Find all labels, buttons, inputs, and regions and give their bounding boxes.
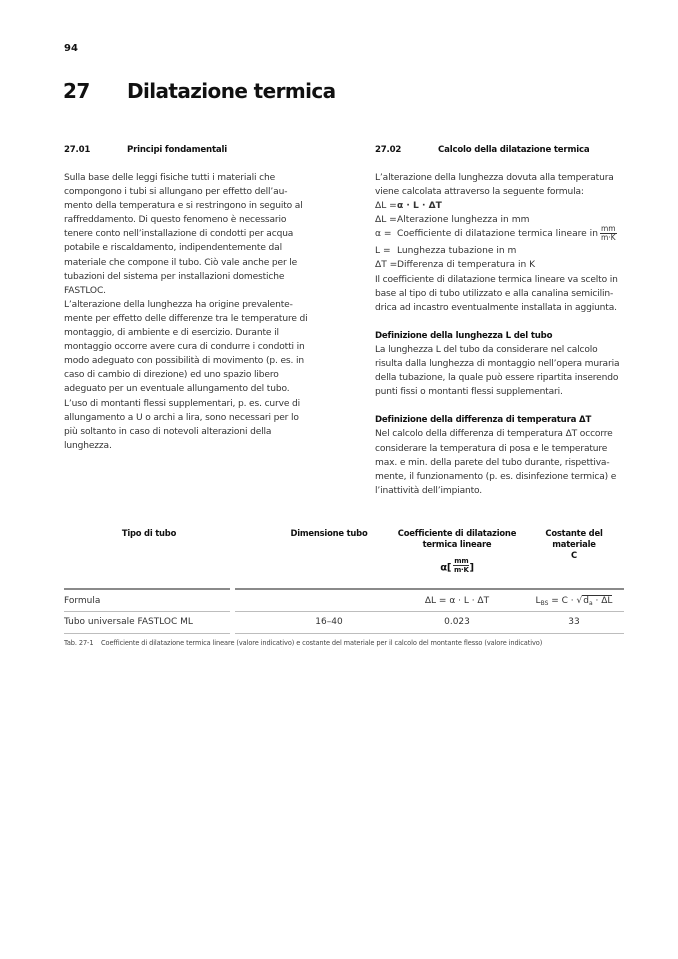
row-rule [235,611,624,612]
formula-row-costante: LBS = C · √da · ΔL [524,596,624,607]
body-line: max. e min. della parete del tubo durant… [375,456,625,470]
table-caption: Tab. 27-1Coefficiente di dilatazione ter… [64,639,542,647]
unit-numerator: mm [453,557,469,566]
header-dimensione-tubo: Dimensione tubo [274,528,384,539]
caption-text: Coefficiente di dilatazione termica line… [101,639,542,647]
cell-coefficiente: 0.023 [382,617,532,627]
body-line: considerare la temperatura di posa e le … [375,442,625,456]
page-number: 94 [64,43,78,54]
definition-row: ΔT =Differenza di temperatura in K [375,258,625,272]
body-line: mente, il funzionamento (p. es. disinfez… [375,470,625,484]
body-line: allungamento a U o archi a lira, sono ne… [64,411,314,425]
definition-row: ΔL =Alterazione lunghezza in mm [375,213,625,227]
subsection-title: Definizione della lunghezza L del tubo [375,329,625,343]
body-line: lunghezza. [64,439,314,453]
body-line: tubazioni del sistema per installazioni … [64,270,314,284]
after-text: Il coefficiente di dilatazione termica l… [375,273,625,315]
body-line: L’alterazione della lunghezza ha origine… [64,298,314,312]
body-line: L’alterazione della lunghezza dovuta all… [375,171,625,185]
header-costante-line2: materiale [524,539,624,550]
body-line: più soltanto in caso di notevoli alteraz… [64,425,314,439]
body-line: caso di cambio di direzione) ed uno spaz… [64,368,314,382]
table-rule-right [235,588,624,590]
body-line: raffreddamento. Di questo fenomeno è nec… [64,213,314,227]
body-line: viene calcolata attraverso la seguente f… [375,185,625,199]
body-line: mente per effetto delle differenze tra l… [64,312,314,326]
body-line: materiale che compone il tubo. Ciò vale … [64,256,314,270]
body-line: mento della temperatura e si restringono… [64,199,314,213]
header-tipo-di-tubo: Tipo di tubo [64,528,234,539]
header-coefficiente-line2: termica lineare [382,539,532,550]
formula-definitions: ΔL =Alterazione lunghezza in mmα =Coeffi… [375,213,625,272]
header-coefficiente-unit: α[mmm·K] [382,559,532,576]
section-principi-fondamentali: 27.01 Principi fondamentali Sulla base d… [64,143,314,453]
header-costante-line1: Costante del [524,528,624,539]
body-line: punti fissi o montanti flessi supplement… [375,385,625,399]
subsections: Definizione della lunghezza L del tuboLa… [375,315,625,498]
section-body: Sulla base delle leggi fisiche tutti i m… [64,171,314,453]
header-coefficiente-line1: Coefficiente di dilatazione [382,528,532,539]
body-line: tenere conto nell’installazione di condo… [64,227,314,241]
row-rule [235,633,624,634]
table-rule-left [64,588,230,590]
header-costante-line3: C [524,550,624,561]
alpha-symbol: α [440,563,447,574]
formula-row-label: Formula [64,596,100,606]
body-line: modo adeguato con possibilità di movimen… [64,354,314,368]
body-line: Sulla base delle leggi fisiche tutti i m… [64,171,314,185]
cell-dimensione: 16–40 [274,617,384,627]
row-rule [64,633,230,634]
body-line: della tubazione, la quale può essere rip… [375,371,625,385]
body-line: adeguato per un eventuale allungamento d… [64,382,314,396]
section-heading: 27.02 Calcolo della dilatazione termica [375,143,625,157]
definition-row: α =Coefficiente di dilatazione termica l… [375,227,625,244]
body-line: L’uso di montanti flessi supplementari, … [64,397,314,411]
unit-denominator: m·K [454,566,469,574]
section-number: 27.02 [375,143,438,157]
section-title: Principi fondamentali [127,143,227,157]
body-line: La lunghezza L del tubo da considerare n… [375,343,625,357]
formula-row-coefficiente: ΔL = α · L · ΔT [382,596,532,606]
body-line: montaggio, di ambiente e di esercizio. D… [64,326,314,340]
cell-tipo: Tubo universale FASTLOC ML [64,617,193,627]
chapter-title: Dilatazione termica [127,79,336,103]
formula-lhs: ΔL = [375,199,397,213]
body-line: base al tipo di tubo utilizzato e alla c… [375,287,625,301]
intro-text: L’alterazione della lunghezza dovuta all… [375,171,625,199]
caption-label: Tab. 27-1 [64,639,101,647]
body-line: drica ad incastro eventualmente installa… [375,301,625,315]
body-line: compongono i tubi si allungano per effet… [64,185,314,199]
section-number: 27.01 [64,143,127,157]
body-line: montaggio occorre avere cura di condurre… [64,340,314,354]
body-line: l’inattività dell’impianto. [375,484,625,498]
body-line: Il coefficiente di dilatazione termica l… [375,273,625,287]
section-heading: 27.01 Principi fondamentali [64,143,314,157]
chapter-number: 27 [63,79,90,103]
subsection-title: Definizione della differenza di temperat… [375,413,625,427]
body-line: potabile e riscaldamento, indipendenteme… [64,241,314,255]
section-title: Calcolo della dilatazione termica [438,143,589,157]
header-costante: Costante del materiale C [524,528,624,561]
body-line: Nel calcolo della differenza di temperat… [375,427,625,441]
body-line: risulta dalla lunghezza di montaggio nel… [375,357,625,371]
row-rule [64,611,230,612]
formula-rhs: α · L · ΔT [397,199,442,213]
section-calcolo-dilatazione: 27.02 Calcolo della dilatazione termica … [375,143,625,498]
cell-costante: 33 [524,617,624,627]
formula-line: ΔL = α · L · ΔT [375,199,625,213]
body-line: FASTLOC. [64,284,314,298]
definition-row: L =Lunghezza tubazione in m [375,244,625,258]
header-coefficiente: Coefficiente di dilatazione termica line… [382,528,532,576]
